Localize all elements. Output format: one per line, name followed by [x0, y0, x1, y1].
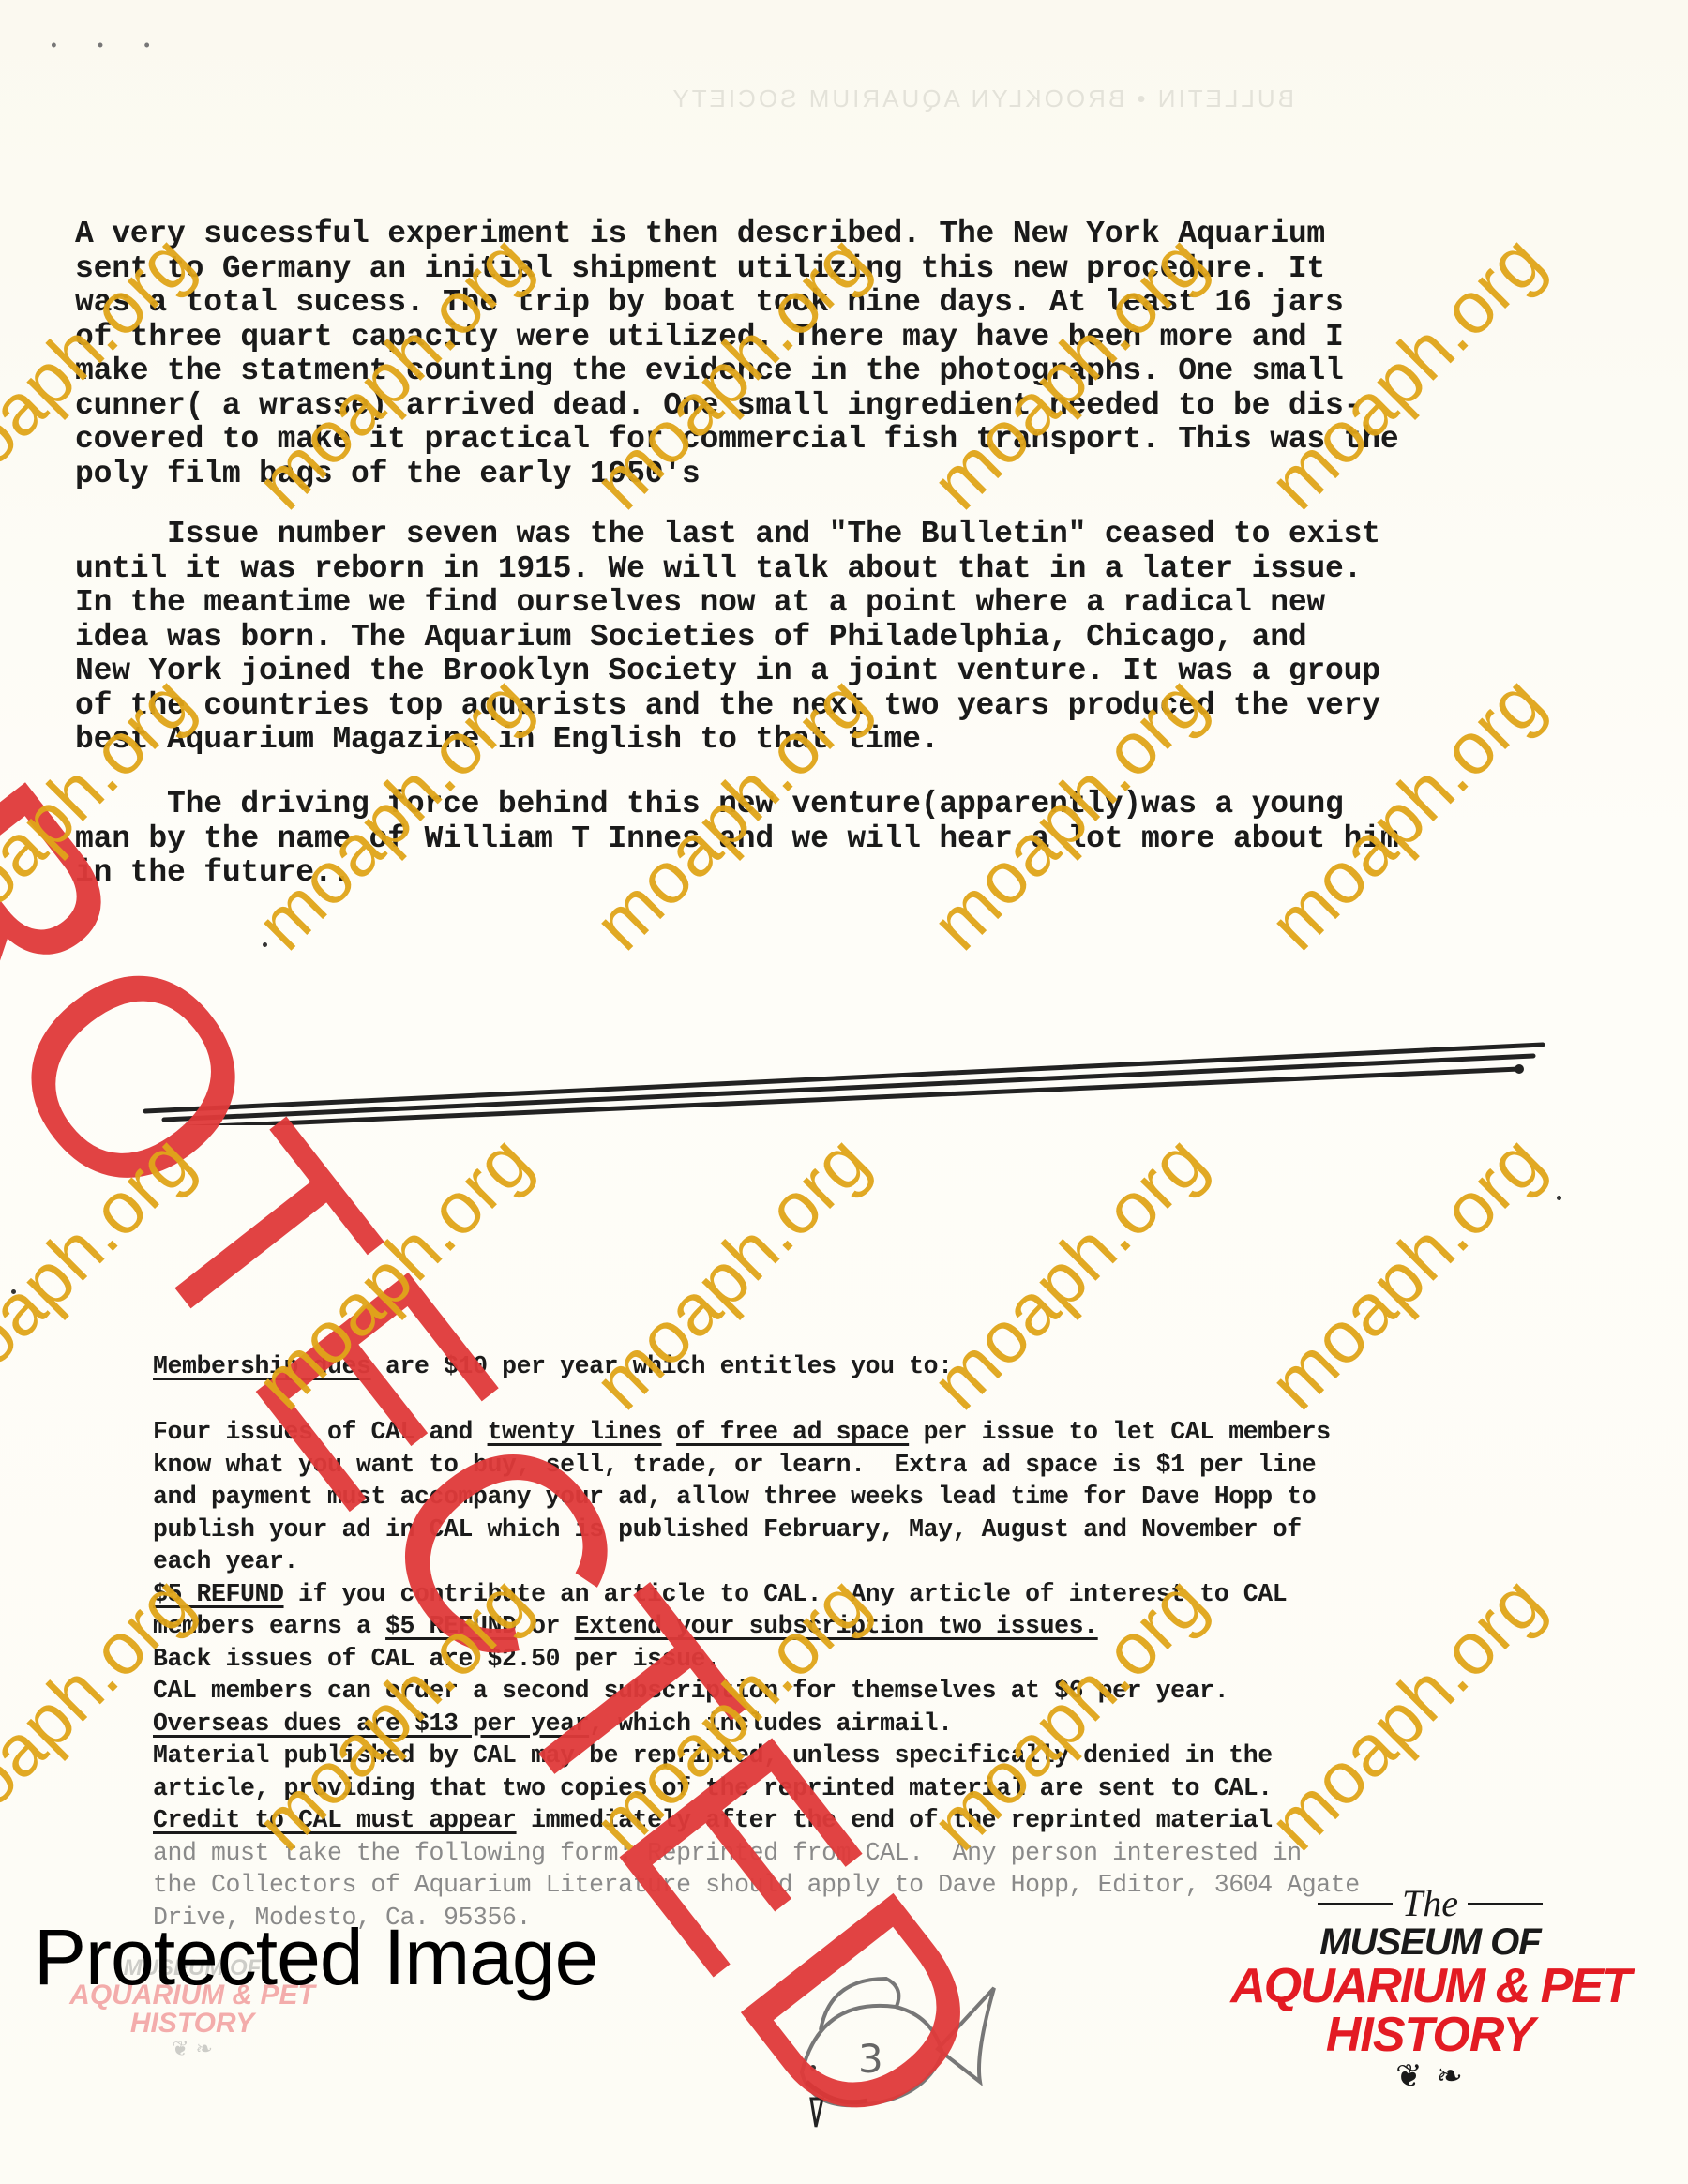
fish-number: 3: [858, 2036, 883, 2082]
ink-speck: [263, 942, 267, 947]
terms-line: know what you want to buy, sell, trade, …: [153, 1449, 1616, 1482]
terms-line: publish your ad in CAL which is publishe…: [153, 1514, 1616, 1546]
logo-museum-of: MUSEUM OF: [1228, 1922, 1632, 1962]
typed-line: In the meantime we find ourselves now at…: [75, 586, 1575, 621]
paragraph-bulletin-history: Issue number seven was the last and "The…: [75, 518, 1575, 758]
ink-speck: [1557, 1196, 1561, 1200]
typed-line: covered to make it practical for commerc…: [75, 423, 1575, 458]
typed-line: until it was reborn in 1915. We will tal…: [75, 552, 1575, 587]
protected-image-label: Protected Image: [34, 1918, 597, 1996]
logo-history: HISTORY: [1228, 2011, 1632, 2059]
typed-line: make the statment counting the evidence …: [75, 354, 1575, 389]
terms-line: CAL members can order a second subscript…: [153, 1675, 1616, 1708]
terms-line: $5 REFUND if you contribute an article t…: [153, 1578, 1616, 1611]
typed-line: was a total sucess. The trip by boat too…: [75, 286, 1575, 321]
museum-logo: The MUSEUM OF AQUARIUM & PET HISTORY ❦ ❧: [1228, 1885, 1632, 2094]
membership-dues-label: Membership dues: [153, 1352, 371, 1380]
typed-line: of three quart capacity were utilized. T…: [75, 321, 1575, 355]
logo-flourish-icon: ❦ ❧: [1228, 2059, 1632, 2094]
terms-line: Four issues of CAL and twenty lines of f…: [153, 1416, 1616, 1449]
terms-line: Credit to CAL must appear immediately af…: [153, 1804, 1616, 1837]
typed-line: New York joined the Brooklyn Society in …: [75, 655, 1575, 689]
logo-the: The: [1228, 1885, 1632, 1922]
terms-line: Back issues of CAL are $2.50 per issue.: [153, 1643, 1616, 1676]
terms-line: and payment must accompany your ad, allo…: [153, 1481, 1616, 1514]
typed-line: A very sucessful experiment is then desc…: [75, 218, 1575, 252]
typed-line: idea was born. The Aquarium Societies of…: [75, 621, 1575, 655]
typed-line: poly film bags of the early 1950's: [75, 458, 1575, 492]
paragraph-experiment: A very sucessful experiment is then desc…: [75, 218, 1575, 491]
typed-line: cunner( a wrasse) arrived dead. One smal…: [75, 389, 1575, 424]
typed-line: sent to Germany an initial shipment util…: [75, 252, 1575, 287]
typed-line: man by the name of William T Innes and w…: [75, 822, 1575, 857]
terms-line: Overseas dues are $13 per year, which in…: [153, 1708, 1616, 1740]
typed-line: The driving force behind this new ventur…: [75, 788, 1575, 822]
membership-dues-text: are $10 per year which entitles you to:: [371, 1352, 953, 1380]
terms-line: each year.: [153, 1545, 1616, 1578]
punch-marks: • • •: [49, 38, 165, 56]
typed-line: in the future..: [75, 856, 1575, 891]
ink-speck: [11, 1289, 16, 1294]
terms-line: members earns a $5 REFUND or Extend your…: [153, 1610, 1616, 1643]
paragraph-william-innes: The driving force behind this new ventur…: [75, 788, 1575, 891]
terms-line: and must take the following form: Reprin…: [153, 1837, 1616, 1870]
typed-line: Issue number seven was the last and "The…: [75, 518, 1575, 552]
hand-drawn-divider-lines: [141, 1032, 1547, 1125]
terms-line: article, providing that two copies of th…: [153, 1772, 1616, 1805]
typed-line: of the countries top aquarists and the n…: [75, 689, 1575, 724]
bleed-through-header: BULLETIN • BROOKLYN AQUARIUM SOCIETY: [450, 84, 1294, 141]
typed-line: best Aquarium Magazine in English to tha…: [75, 723, 1575, 758]
membership-heading: Membership dues are $10 per year which e…: [153, 1350, 1616, 1383]
fish-doodle-icon: 3: [755, 1941, 999, 2147]
membership-terms: Four issues of CAL and twenty lines of f…: [153, 1416, 1616, 1934]
terms-line: Material published by CAL may be reprint…: [153, 1740, 1616, 1772]
logo-aquarium-pet: AQUARIUM & PET: [1228, 1962, 1632, 2011]
